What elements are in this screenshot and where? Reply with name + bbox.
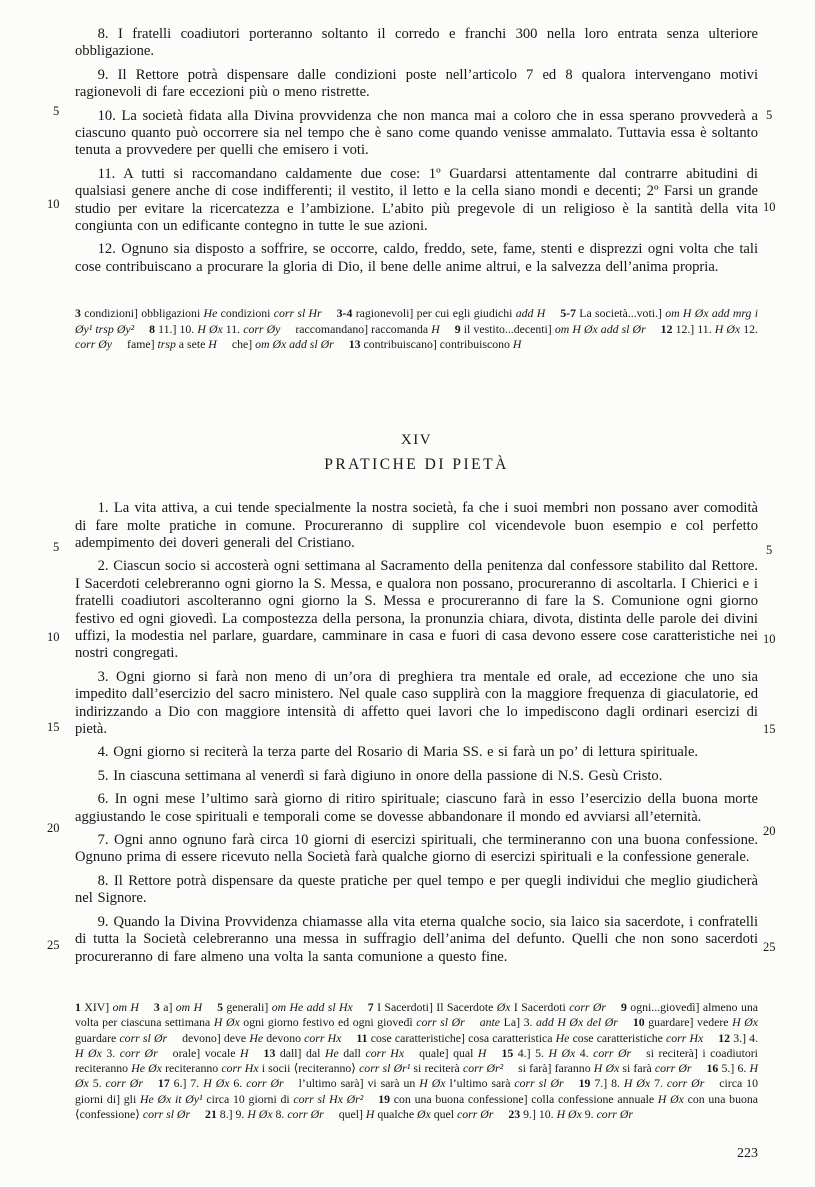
apparatus-segment: om H Øx add sl Ør [555, 322, 646, 336]
paragraph: 2. Ciascun socio si accosterà ogni setti… [75, 558, 758, 662]
apparatus-segment: corr Øy [75, 337, 112, 351]
apparatus-segment: He [204, 306, 218, 320]
apparatus-segment: 6. [229, 1076, 246, 1090]
apparatus-segment: 4. [575, 1046, 593, 1060]
apparatus-segment: H [240, 1046, 249, 1060]
apparatus-segment: 11 [356, 1031, 367, 1045]
apparatus-segment: corr sl Ør¹ [359, 1061, 410, 1075]
apparatus-segment: 3. [102, 1046, 120, 1060]
apparatus-segment: quel [431, 1107, 457, 1121]
apparatus-segment: 8. [273, 1107, 288, 1121]
apparatus-segment: 3-4 [337, 306, 353, 320]
apparatus-segment: 8.] 9. [217, 1107, 247, 1121]
apparatus-segment: 7. [650, 1076, 667, 1090]
apparatus-segment: 3.] 4. [730, 1031, 758, 1045]
apparatus-segment: La] 3. [500, 1015, 536, 1029]
apparatus-segment: trsp [158, 337, 176, 351]
apparatus-segment: corr Hx [304, 1031, 341, 1045]
apparatus-segment: corr sl Ør [514, 1076, 563, 1090]
apparatus-segment: 17 [158, 1076, 170, 1090]
line-number-left: 20 [47, 821, 60, 836]
paragraph: 1. La vita attiva, a cui tende specialme… [75, 500, 758, 552]
apparatus-segment: om He add sl Hx [272, 1000, 353, 1014]
apparatus-segment: corr Hx [365, 1046, 404, 1060]
paragraph: 3. Ogni giorno si farà non meno di un’or… [75, 669, 758, 739]
apparatus-segment: corr Ør [287, 1107, 323, 1121]
apparatus-segment: 12 [718, 1031, 730, 1045]
apparatus-segment: He [249, 1031, 263, 1045]
apparatus-segment: corr Ør [106, 1076, 143, 1090]
apparatus-segment: 13 [264, 1046, 276, 1060]
apparatus-segment: H Øx [203, 1076, 229, 1090]
apparatus-segment: H [208, 337, 217, 351]
apparatus-segment: qualche [374, 1107, 417, 1121]
apparatus-segment: quale] qual [419, 1046, 478, 1060]
apparatus-segment: con una buona confessione] colla confess… [390, 1092, 658, 1106]
apparatus-segment: corr Hx [666, 1031, 703, 1045]
apparatus-segment: corr sl Hx Ør² [293, 1092, 363, 1106]
apparatus-segment: H Øx [732, 1015, 758, 1029]
apparatus-segment: quel] [339, 1107, 366, 1121]
front-matter-text: 8. I fratelli coadiutori porteranno solt… [75, 0, 758, 276]
apparatus-segment: H Øx [419, 1076, 445, 1090]
apparatus-segment: 9.] 10. [520, 1107, 556, 1121]
apparatus-segment: corr Ør [597, 1107, 633, 1121]
apparatus-segment: guardare [75, 1031, 119, 1045]
apparatus-segment: XIV] [81, 1000, 113, 1014]
line-number-right: 25 [763, 940, 776, 955]
paragraph: 12. Ognuno sia disposto a soffrire, se o… [75, 241, 758, 276]
critical-apparatus-bottom: 1 XIV] om H3 a] om H5 generali] om He ad… [75, 1000, 758, 1122]
line-number-right: 10 [763, 200, 776, 215]
apparatus-segment: fame] [127, 337, 157, 351]
apparatus-segment: 21 [205, 1107, 217, 1121]
chapter-heading: XIV PRATICHE DI PIETÀ [75, 432, 758, 474]
apparatus-segment: 15 [501, 1046, 513, 1060]
apparatus-segment: add H [516, 306, 546, 320]
paragraph: 6. In ogni mese l’ultimo sarà giorno di … [75, 791, 758, 826]
apparatus-segment: corr Hx [221, 1061, 258, 1075]
apparatus-segment: 5. [89, 1076, 106, 1090]
apparatus-segment: l’ultimo sarà [446, 1076, 515, 1090]
apparatus-segment: H Øx [247, 1107, 272, 1121]
apparatus-segment: H Øx [658, 1092, 684, 1106]
line-number-left: 10 [47, 197, 60, 212]
book-page: 5 10 5 10 5 10 15 20 25 5 10 15 20 25 8.… [0, 0, 815, 1187]
apparatus-segment: 7.] 8. [590, 1076, 624, 1090]
apparatus-segment: circa 10 giorni di [203, 1092, 294, 1106]
apparatus-segment: corr Ør [569, 1000, 606, 1014]
apparatus-segment: cose caratteristiche] cosa caratteristic… [368, 1031, 556, 1045]
apparatus-segment: 16 [707, 1061, 719, 1075]
line-number-right: 5 [766, 108, 772, 123]
apparatus-segment: He Øx [131, 1061, 162, 1075]
paragraph: 8. I fratelli coadiutori porteranno solt… [75, 26, 758, 61]
apparatus-segment: om H [113, 1000, 139, 1014]
apparatus-segment: om Øx add sl Ør [255, 337, 334, 351]
paragraph: 9. Il Rettore potrà dispensare dalle con… [75, 67, 758, 102]
apparatus-segment: add H Øx del Ør [536, 1015, 618, 1029]
apparatus-segment: guardare] vedere [645, 1015, 732, 1029]
apparatus-segment: I Sacerdoti [511, 1000, 570, 1014]
apparatus-segment: reciteranno [162, 1061, 221, 1075]
apparatus-segment: H Øx [715, 322, 740, 336]
apparatus-segment: 12. [740, 322, 758, 336]
apparatus-segment: He Øx it Øy¹ [140, 1092, 203, 1106]
line-number-right: 10 [763, 632, 776, 647]
chapter-title: PRATICHE DI PIETÀ [75, 456, 758, 474]
line-number-left: 25 [47, 938, 60, 953]
apparatus-segment: H Øx [557, 1107, 582, 1121]
apparatus-segment: raccomandano] raccomanda [295, 322, 431, 336]
paragraph: 9. Quando la Divina Provvidenza chiamass… [75, 914, 758, 966]
line-number-left: 10 [47, 630, 60, 645]
line-number-right: 5 [766, 543, 772, 558]
apparatus-segment: che] [232, 337, 255, 351]
paragraph: 8. Il Rettore potrà dispensare da queste… [75, 873, 758, 908]
apparatus-segment: H [431, 322, 440, 336]
apparatus-segment: corr sl Ør [416, 1015, 464, 1029]
paragraph: 11. A tutti si raccomandano caldamente d… [75, 166, 758, 236]
apparatus-segment: 11. [223, 322, 244, 336]
apparatus-segment: corr sl Ør [119, 1031, 167, 1045]
apparatus-segment: si farà [619, 1061, 655, 1075]
apparatus-segment: 4.] 5. [513, 1046, 548, 1060]
line-number-left: 15 [47, 720, 60, 735]
apparatus-segment: corr Ør [655, 1061, 692, 1075]
paragraph: 7. Ogni anno ognuno farà circa 10 giorni… [75, 832, 758, 867]
line-number-left: 5 [53, 104, 59, 119]
apparatus-segment: a] [160, 1000, 176, 1014]
line-number-right: 20 [763, 824, 776, 839]
apparatus-segment: 5-7 [560, 306, 576, 320]
apparatus-segment: 23 [508, 1107, 520, 1121]
apparatus-segment: condizioni [217, 306, 273, 320]
chapter-body-text: 1. La vita attiva, a cui tende specialme… [75, 500, 758, 966]
apparatus-segment: devono [263, 1031, 304, 1045]
apparatus-segment: Øx [417, 1107, 431, 1121]
apparatus-segment: corr sl Hr [274, 306, 322, 320]
apparatus-segment: 19 [378, 1092, 390, 1106]
apparatus-segment: dall [339, 1046, 366, 1060]
apparatus-segment: ragionevoli] per cui egli giudichi [352, 306, 515, 320]
apparatus-segment: ogni giorno festivo ed ogni giovedì [240, 1015, 417, 1029]
apparatus-segment: corr Ør² [463, 1061, 503, 1075]
apparatus-segment: corr Ør [457, 1107, 493, 1121]
apparatus-segment: H Øx [594, 1061, 619, 1075]
apparatus-segment: corr Ør [246, 1076, 283, 1090]
apparatus-segment: orale] vocale [173, 1046, 240, 1060]
apparatus-segment: H Øx [197, 322, 222, 336]
apparatus-segment: corr sl Ør [143, 1107, 190, 1121]
apparatus-segment: corr Øy [243, 322, 280, 336]
apparatus-segment: 12 [661, 322, 673, 336]
apparatus-segment: H Øx [214, 1015, 240, 1029]
apparatus-segment: l’ultimo sarà] vi sarà un [299, 1076, 420, 1090]
apparatus-segment: a sete [176, 337, 208, 351]
apparatus-segment: H Øx [624, 1076, 650, 1090]
apparatus-segment: condizioni] obbligazioni [81, 306, 204, 320]
apparatus-segment: 19 [579, 1076, 591, 1090]
apparatus-segment: 12.] 11. [672, 322, 714, 336]
apparatus-segment: La società...voti.] [576, 306, 665, 320]
apparatus-segment: corr Ør [667, 1076, 704, 1090]
apparatus-segment: si reciterà [410, 1061, 463, 1075]
apparatus-segment: generali] [223, 1000, 272, 1014]
apparatus-segment: 6.] 7. [170, 1076, 204, 1090]
paragraph: 10. La società fidata alla Divina provvi… [75, 108, 758, 160]
apparatus-segment: He [556, 1031, 570, 1045]
apparatus-segment: H Øx [75, 1046, 102, 1060]
apparatus-segment: He [325, 1046, 339, 1060]
apparatus-segment: dall] dal [275, 1046, 325, 1060]
apparatus-segment: 13 [349, 337, 361, 351]
apparatus-segment: ante [480, 1015, 500, 1029]
apparatus-segment: H [513, 337, 522, 351]
apparatus-segment: 5.] 6. [718, 1061, 749, 1075]
apparatus-segment: H [478, 1046, 487, 1060]
apparatus-segment: 10 [633, 1015, 645, 1029]
chapter-number: XIV [75, 432, 758, 449]
apparatus-segment: Øx [497, 1000, 511, 1014]
line-number-right: 15 [763, 722, 776, 737]
apparatus-segment: si farà] faranno [518, 1061, 594, 1075]
apparatus-segment: cose caratteristiche [569, 1031, 666, 1045]
line-number-left: 5 [53, 540, 59, 555]
apparatus-segment: 9. [582, 1107, 597, 1121]
apparatus-segment: om H [176, 1000, 202, 1014]
apparatus-segment: devono] deve [182, 1031, 249, 1045]
apparatus-segment: i socii ⟨reciteranno⟩ [259, 1061, 360, 1075]
paragraph: 4. Ogni giorno si reciterà la terza part… [75, 744, 758, 761]
page-number: 223 [75, 1146, 758, 1162]
apparatus-segment: H Øx [548, 1046, 575, 1060]
apparatus-segment: contribuiscano] contribuiscono [361, 337, 513, 351]
paragraph: 5. In ciascuna settimana al venerdì si f… [75, 768, 758, 785]
apparatus-segment: il vestito...decenti] [461, 322, 555, 336]
apparatus-segment: corr Ør [593, 1046, 631, 1060]
critical-apparatus-top: 3 condizioni] obbligazioni He condizioni… [75, 306, 758, 352]
apparatus-segment: 11.] 10. [155, 322, 197, 336]
apparatus-segment: I Sacerdoti] Il Sacerdote [374, 1000, 497, 1014]
apparatus-segment: corr Ør [120, 1046, 158, 1060]
